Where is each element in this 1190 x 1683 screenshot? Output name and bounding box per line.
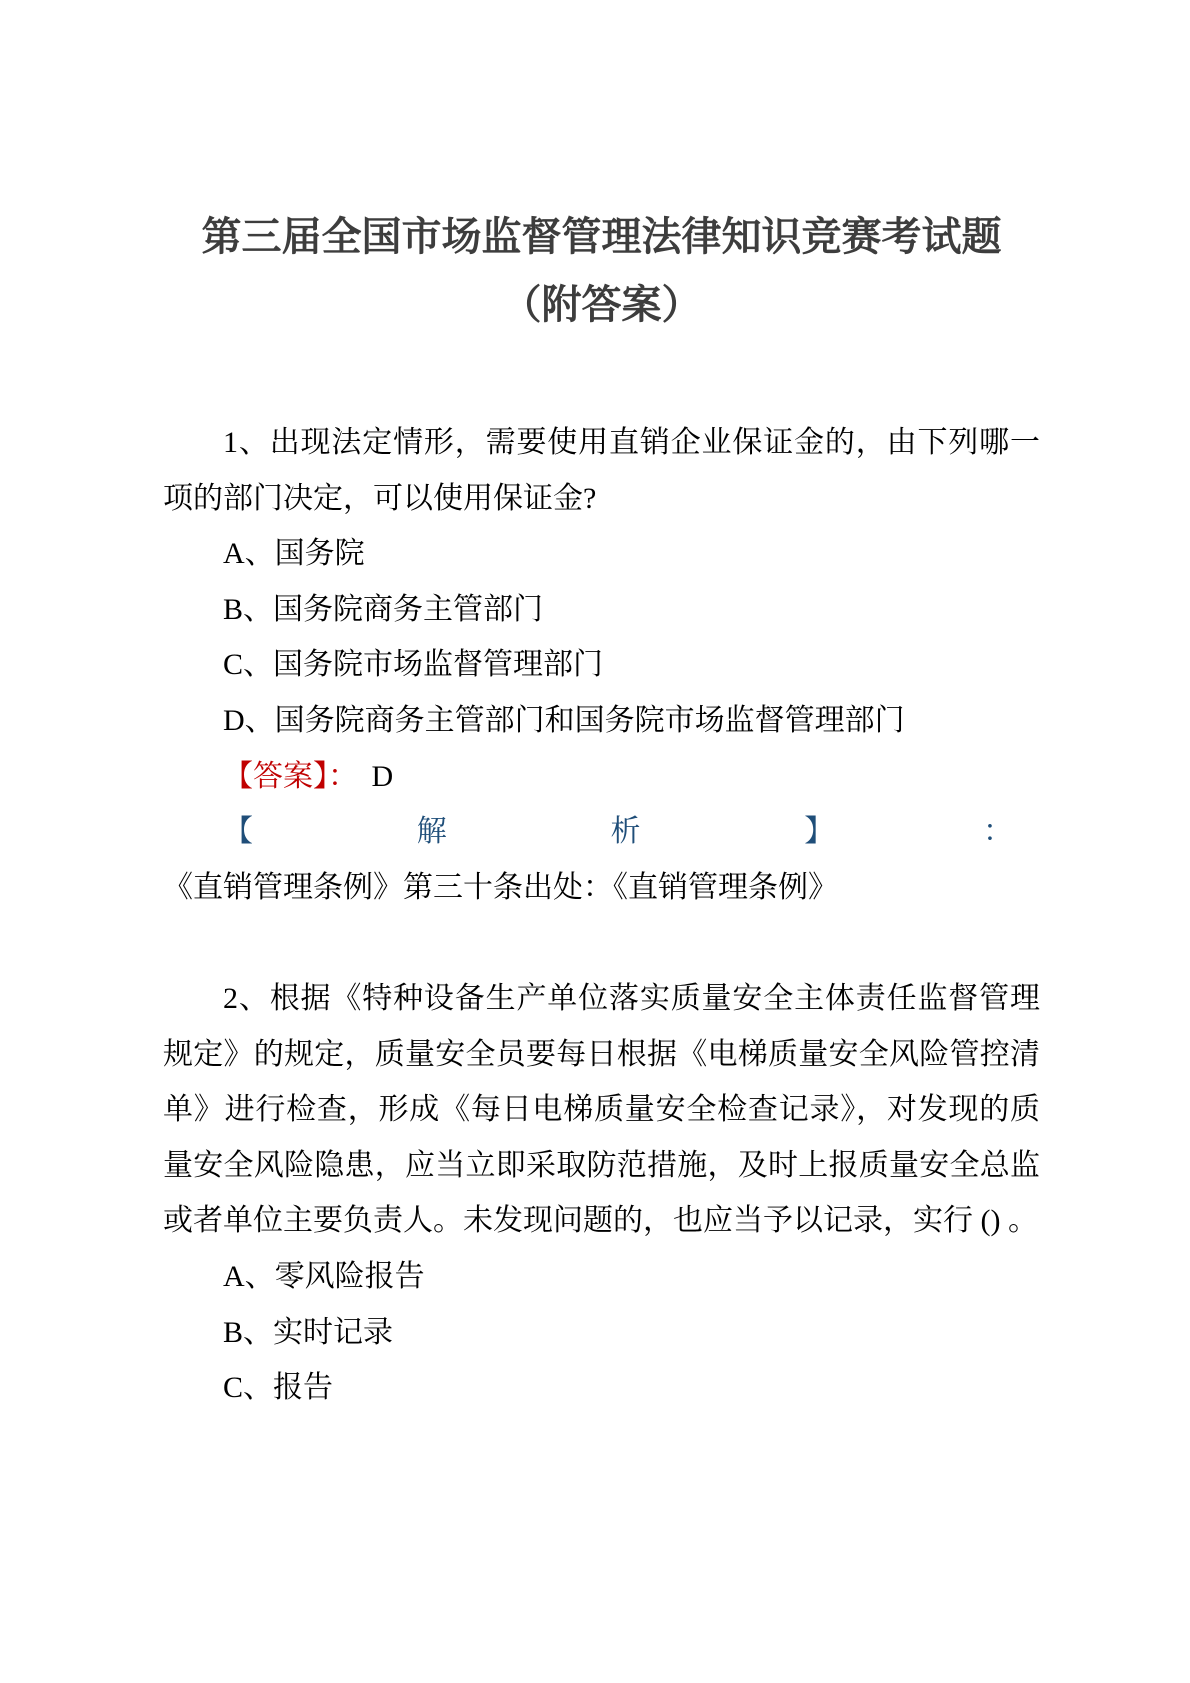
question-1-option-b: B、国务院商务主管部门 <box>163 582 1040 638</box>
question-2-option-c: C、报告 <box>163 1360 1040 1416</box>
question-1-option-d: D、国务院商务主管部门和国务院市场监督管理部门 <box>163 693 1040 749</box>
answer-label: 【答案】 <box>223 760 328 793</box>
question-1-stem: 1、出现法定情形，需要使用直销企业保证金的，由下列哪一项的部门决定，可以使用保证… <box>163 415 1040 526</box>
question-2-stem: 2、根据《特种设备生产单位落实质量安全主体责任监督管理规定》的规定，质量安全员要… <box>163 971 1040 1249</box>
question-2: 2、根据《特种设备生产单位落实质量安全主体责任监督管理规定》的规定，质量安全员要… <box>163 971 1040 1416</box>
question-2-option-b: B、实时记录 <box>163 1305 1040 1361</box>
question-1-option-c: C、国务院市场监督管理部门 <box>163 637 1040 693</box>
analysis-colon: ： <box>983 815 1013 848</box>
question-1-analysis-line: 【解析】：《直销管理条例》第三十条出处：《直销管理条例》 <box>163 804 1040 915</box>
question-1: 1、出现法定情形，需要使用直销企业保证金的，由下列哪一项的部门决定，可以使用保证… <box>163 415 1040 915</box>
question-1-option-a: A、国务院 <box>163 526 1040 582</box>
answer-colon: ： <box>328 760 358 793</box>
analysis-label: 【解析】 <box>223 815 983 848</box>
analysis-text: 《直销管理条例》第三十条出处：《直销管理条例》 <box>163 871 838 904</box>
question-1-answer-line: 【答案】：D <box>163 749 1040 805</box>
question-2-option-a: A、零风险报告 <box>163 1249 1040 1305</box>
document-page: 第三届全国市场监督管理法律知识竞赛考试题（附答案） 1、出现法定情形，需要使用直… <box>0 0 1190 1683</box>
document-title: 第三届全国市场监督管理法律知识竞赛考试题（附答案） <box>163 203 1040 339</box>
answer-value: D <box>372 760 394 793</box>
